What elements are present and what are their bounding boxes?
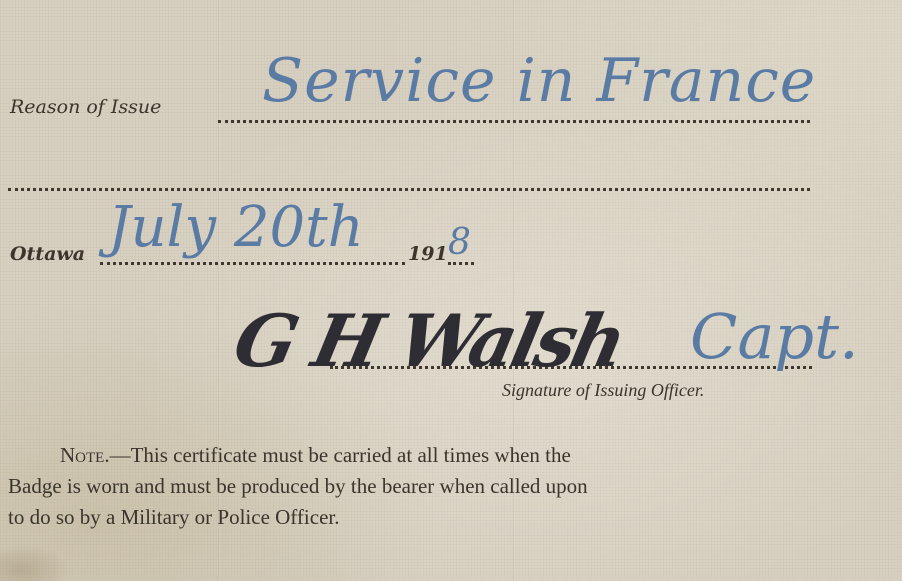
note-line-2: Badge is worn and must be produced by th… [8,471,828,502]
note-lead: Note. [60,443,110,467]
reason-of-issue-dotted-line [218,120,810,123]
year-dotted-line [448,262,474,265]
handwritten-date: July 20th [108,195,364,260]
reason-of-issue-handwritten-value: Service in France [262,46,816,116]
place-label: Ottawa [10,243,85,265]
handwritten-rank: Capt. [690,300,859,373]
certificate-document: { "document": { "reason_of_issue": { "la… [0,0,902,581]
note-line-3: to do so by a Military or Police Officer… [8,502,828,533]
signature-caption: Signature of Issuing Officer. [502,380,704,401]
note-paragraph: Note.—This certificate must be carried a… [8,440,828,533]
handwritten-signature: G H Walsh [227,298,630,383]
note-line-1: —This certificate must be carried at all… [110,443,571,467]
reason-of-issue-label: Reason of Issue [10,96,161,118]
handwritten-year-suffix: 8 [448,222,471,263]
blank-dotted-line [8,188,810,191]
year-prefix: 191 [408,243,448,265]
paper-stain [0,545,70,581]
date-dotted-line [100,262,405,265]
